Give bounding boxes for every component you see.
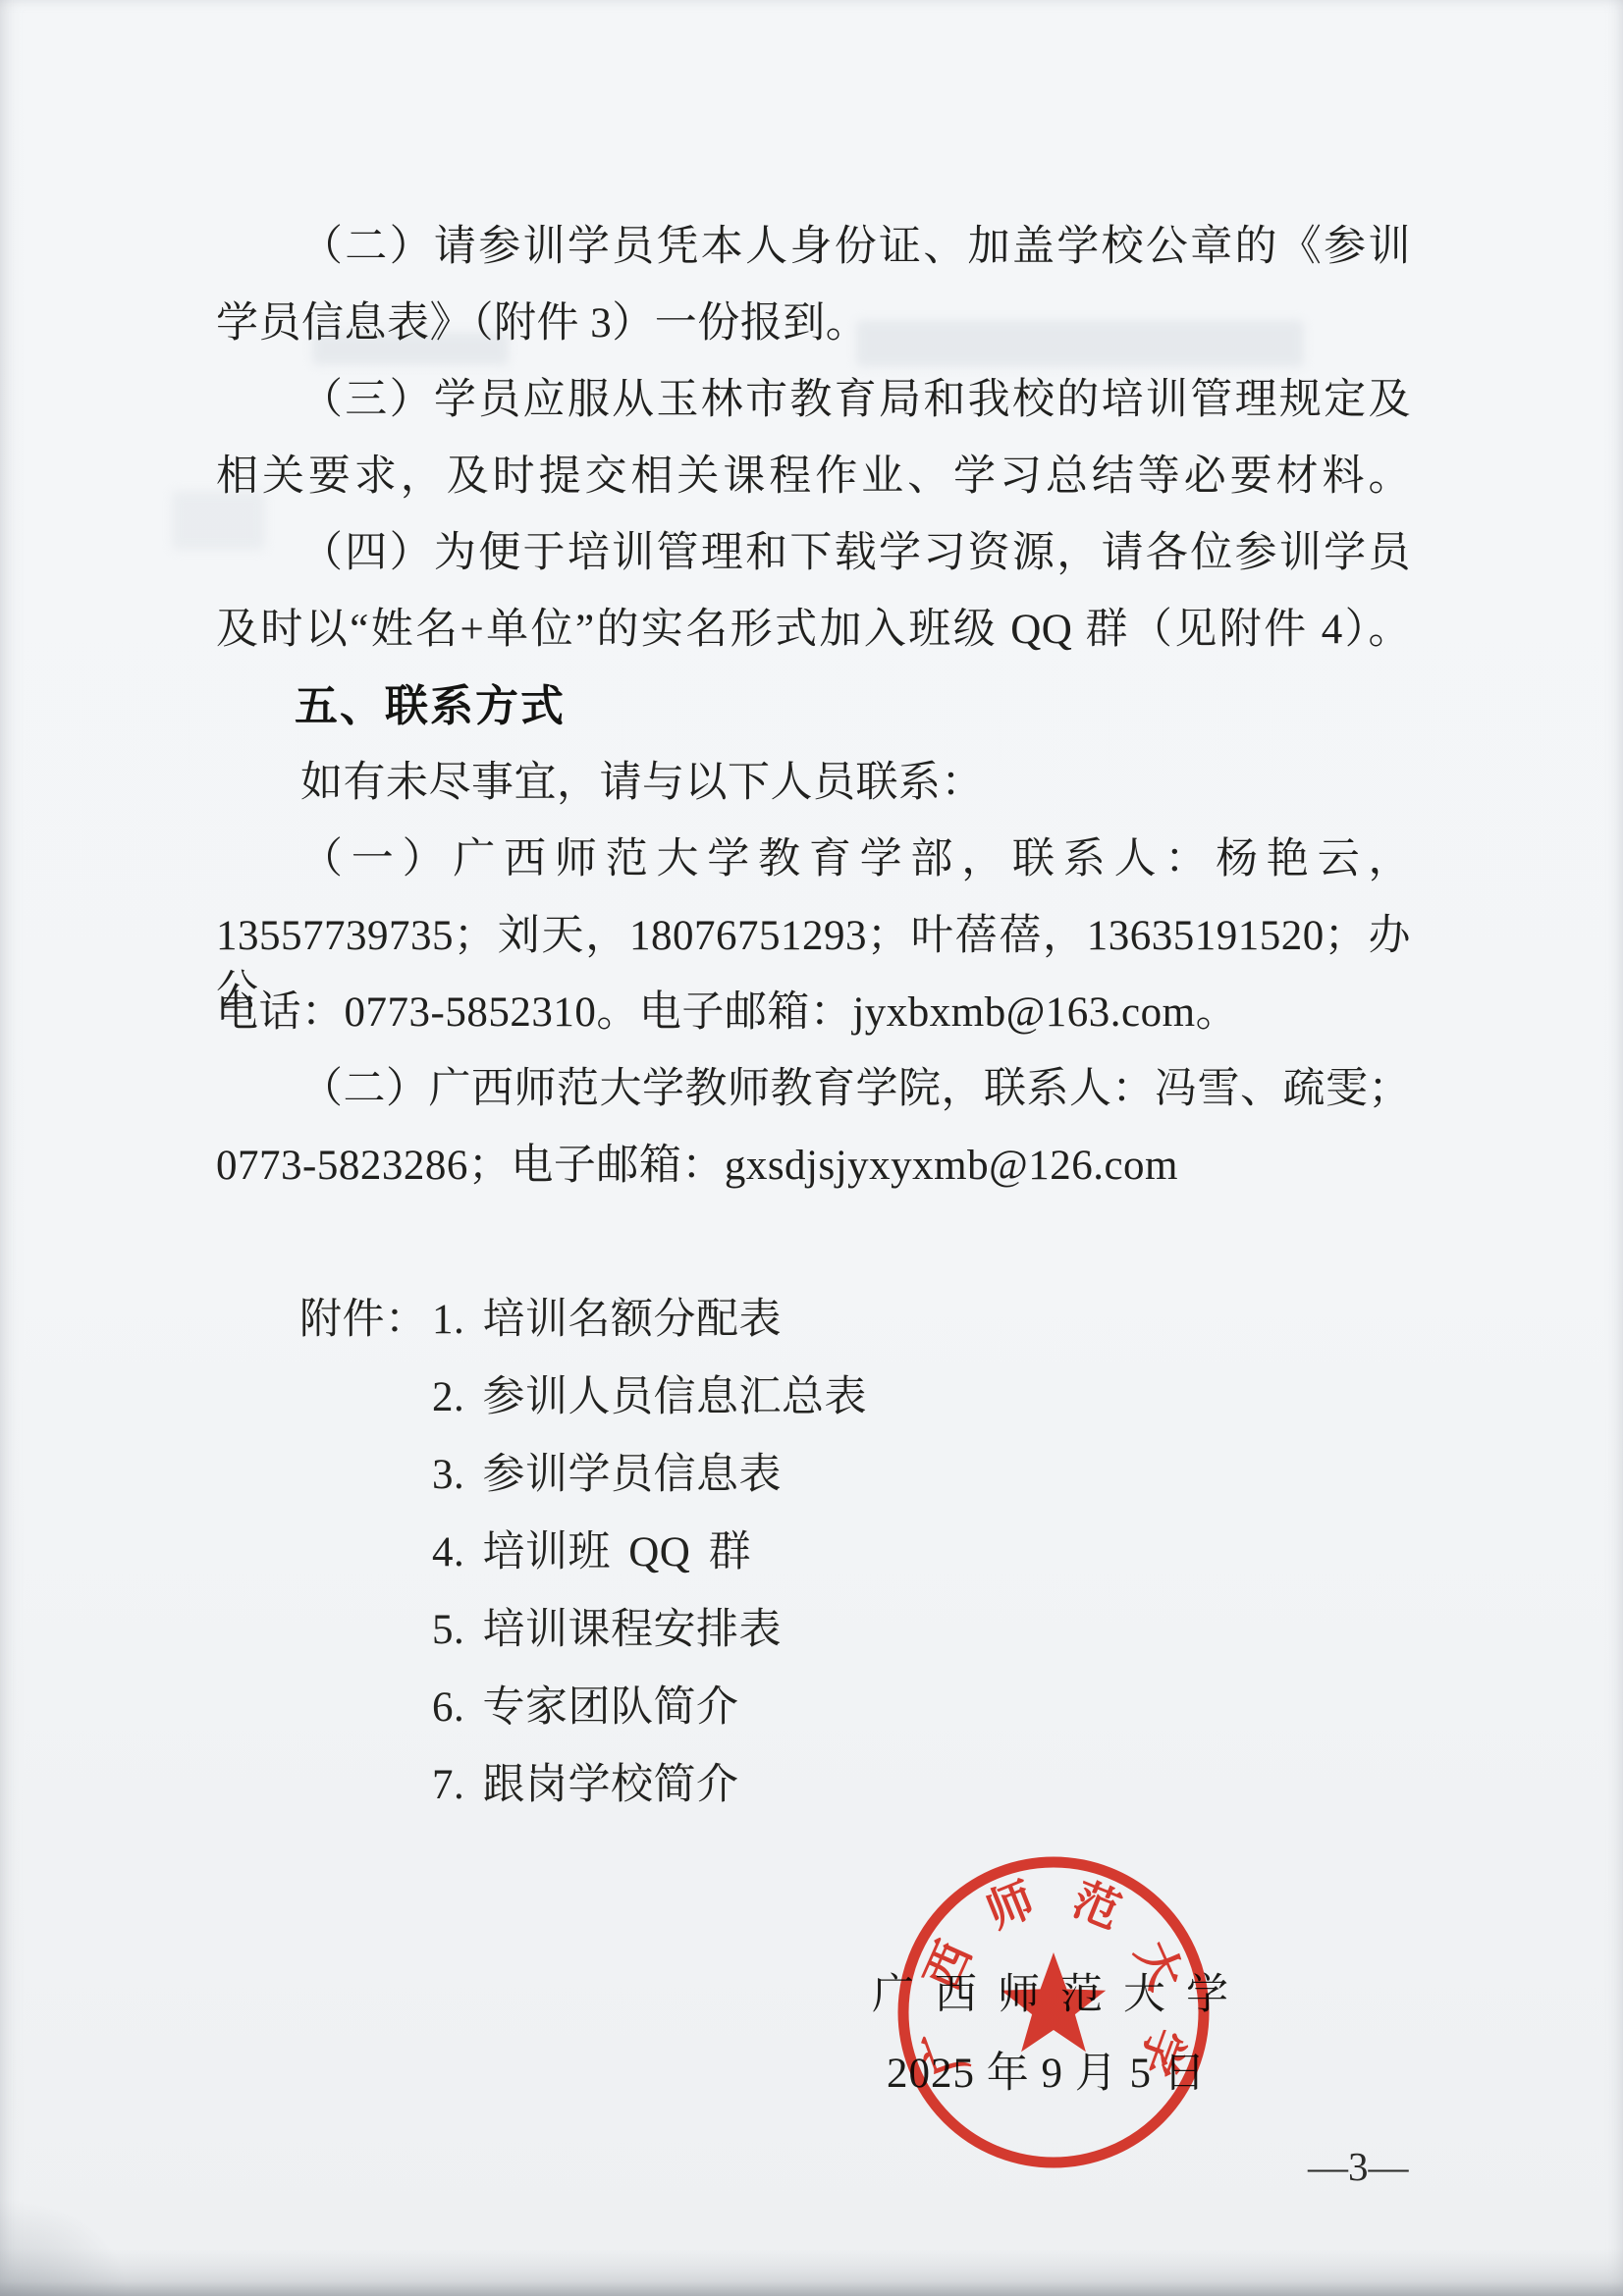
attachment-item: 2. 参训人员信息汇总表 — [432, 1370, 867, 1425]
body-line: 13557739735；刘天，18076751293；叶蓓蓓，136351915… — [216, 909, 1411, 964]
page-number: —3— — [1308, 2140, 1409, 2193]
body-line: （二）请参训学员凭本人身份证、加盖学校公章的《参训 — [216, 220, 1411, 275]
signature-organization: 广西师范大学 — [872, 1968, 1249, 2023]
scanned-document-page: （二）请参训学员凭本人身份证、加盖学校公章的《参训 学员信息表》（附件 3）一份… — [0, 0, 1623, 2296]
body-line: 及时以“姓名+单位”的实名形式加入班级 QQ 群（见附件 4）。 — [216, 603, 1411, 658]
body-line: 0773-5823286；电子邮箱：gxsdjsjyxyxmb@126.com — [216, 1139, 1411, 1194]
attachment-item: 3. 参训学员信息表 — [432, 1448, 782, 1503]
body-line: （四）为便于培训管理和下载学习资源，请各位参训学员 — [216, 526, 1411, 581]
body-line: 电话：0773-5852310。电子邮箱：jyxbxmb@163.com。 — [216, 986, 1411, 1041]
attachment-item: 4. 培训班 QQ 群 — [432, 1525, 751, 1580]
attachment-item: 6. 专家团队简介 — [432, 1681, 739, 1735]
body-line: （三）学员应服从玉林市教育局和我校的培训管理规定及 — [216, 373, 1411, 428]
signature-date: 2025 年 9 月 5 日 — [887, 2047, 1207, 2102]
body-line: 学员信息表》（附件 3）一份报到。 — [216, 296, 1411, 351]
body-line: 如有未尽事宜，请与以下人员联系： — [216, 756, 1411, 811]
body-line: （二）广西师范大学教师教育学院，联系人：冯雪、疏雯； — [216, 1062, 1411, 1117]
body-line: （一）广西师范大学教育学部，联系人：杨艳云， — [216, 832, 1411, 887]
attachment-item: 7. 跟岗学校简介 — [432, 1758, 739, 1813]
attachment-item: 1. 培训名额分配表 — [432, 1293, 782, 1348]
body-line: 相关要求，及时提交相关课程作业、学习总结等必要材料。 — [216, 450, 1411, 505]
scan-bottom-edge — [0, 2248, 1623, 2296]
section-heading-contact: 五、联系方式 — [295, 678, 566, 735]
attachments-label: 附件： — [299, 1293, 428, 1348]
attachment-item: 5. 培训课程安排表 — [432, 1603, 782, 1658]
